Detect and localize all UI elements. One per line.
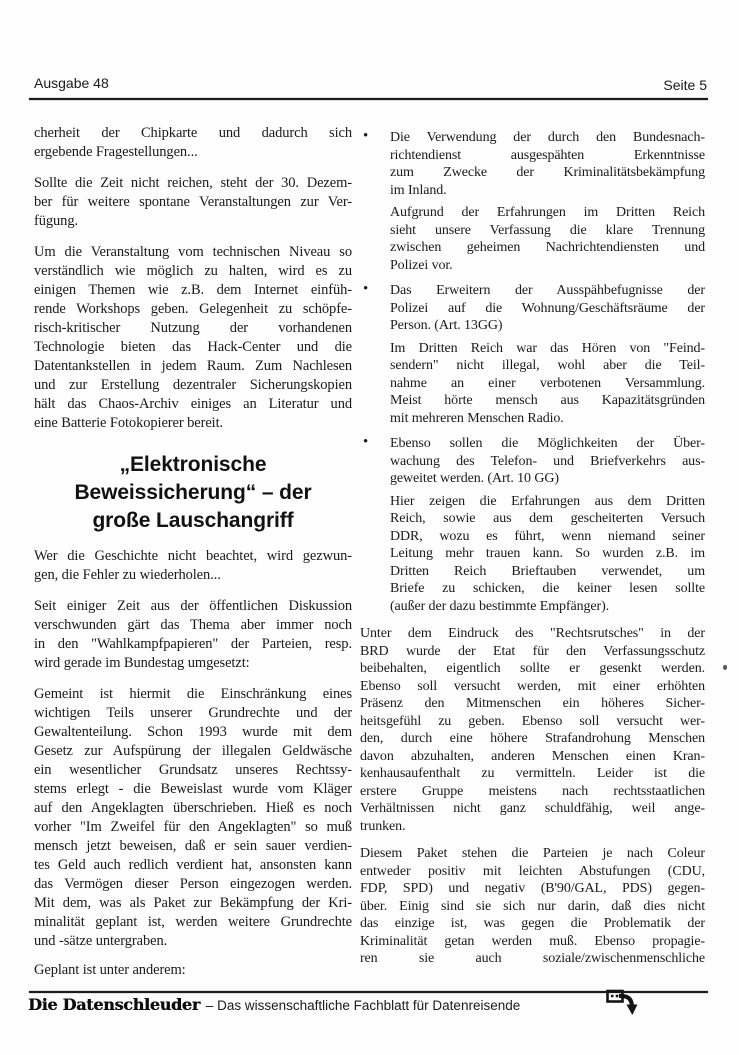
bullet-icon: • (363, 128, 368, 146)
paragraph: Hier zeigen die Erfahrungen aus dem Drit… (390, 493, 705, 616)
bullet-text: Ebenso sollen die Möglichkeiten der Über… (390, 435, 705, 488)
paragraph: Seit einiger Zeit aus der öffentlichen D… (34, 597, 352, 673)
bullet-icon: • (363, 434, 368, 452)
masthead-title: Die Datenschleuder (28, 995, 200, 1014)
paragraph: Gemeint ist hiermit die Einschränkung ei… (34, 685, 352, 951)
scan-artifact (723, 665, 727, 670)
page-number: Seite 5 (663, 77, 707, 93)
paragraph: Im Dritten Reich war das Hören von "Fein… (390, 340, 705, 428)
masthead-tagline: – Das wissenschaftliche Fachblatt für Da… (206, 998, 520, 1013)
header-rule (29, 98, 708, 100)
paragraph: cherheit der Chipkarte und dadurch siche… (34, 124, 352, 162)
scanned-magazine-page: Ausgabe 48 Seite 5 cherheit der Chipkart… (0, 0, 739, 1055)
bullet-text: Das Erweitern der Ausspähbefugnisse derP… (390, 282, 705, 335)
bullet-text: Die Verwendung der durch den Bundesnach-… (390, 129, 705, 199)
bullet-list-item: • Die Verwendung der durch den Bundesnac… (360, 129, 705, 199)
paragraph: Geplant ist unter anderem: (34, 961, 352, 980)
page-forward-icon (606, 987, 640, 1017)
issue-label: Ausgabe 48 (34, 75, 109, 91)
bullet-list-item: • Das Erweitern der Ausspähbefugnisse de… (360, 282, 705, 335)
paragraph: Diesem Paket stehen die Parteien je nach… (360, 845, 705, 968)
bullet-list-item: • Ebenso sollen die Möglichkeiten der Üb… (360, 435, 705, 488)
bullet-icon: • (363, 281, 368, 299)
paragraph: Aufgrund der Erfahrungen im Dritten Reic… (390, 204, 705, 274)
paragraph: Um die Veranstaltung vom technischen Niv… (34, 243, 352, 433)
article-heading: „Elektronische Beweissicherung“ – der gr… (34, 451, 352, 535)
paragraph: Unter dem Eindruck des "Rechtsrutsches" … (360, 625, 705, 835)
right-column: • Die Verwendung der durch den Bundesnac… (360, 129, 705, 968)
left-column: cherheit der Chipkarte und dadurch siche… (34, 124, 352, 992)
footer: Die Datenschleuder – Das wissenschaftlic… (28, 995, 520, 1014)
paragraph: Wer die Geschichte nicht beachtet, wird … (34, 547, 352, 585)
paragraph: Sollte die Zeit nicht reichen, steht der… (34, 174, 352, 231)
